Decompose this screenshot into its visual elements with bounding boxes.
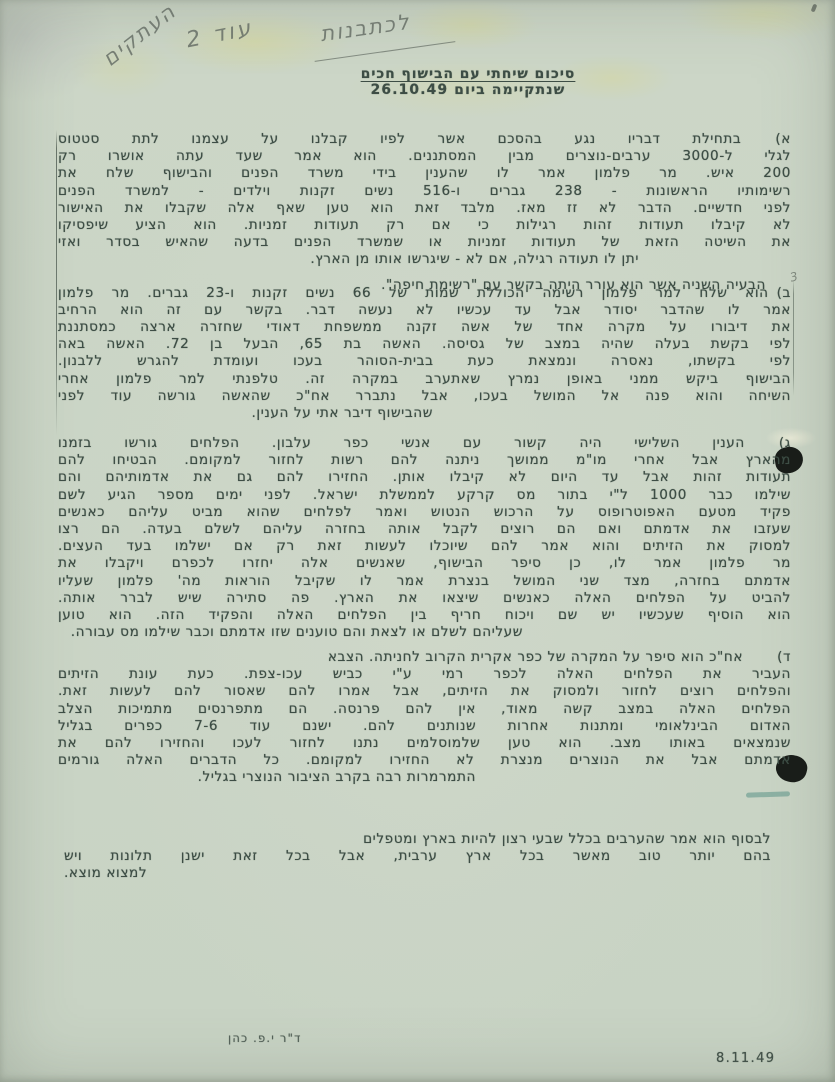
text-line: להביט על הפלחים האלה כאנשים שיצאו את האר…	[58, 590, 791, 607]
scan-fold-line-right	[793, 280, 794, 396]
text-line: שעזבו את אדמתם ואם הם רוצים לקבל אותה בח…	[58, 521, 791, 538]
text-line: בהם יותר טוב מאשר בכל ארץ ערבית, אבל בכל…	[64, 848, 771, 865]
paragraph-bet: הבעיה השניה אשר הוא עורר היתה בקשר עם "ר…	[58, 277, 791, 422]
text-line: לא קיבלו תעודות זהות רגילות כי אם רק תעו…	[58, 217, 791, 234]
ink-smudge	[746, 791, 790, 798]
text-line: את דיבורו על מקרה אחד של אשה זקנה ממשפחת…	[58, 319, 791, 336]
text-line: לפי בקשתו, נאסרה ונמצאת כעת בבית-הסוהר ב…	[58, 353, 791, 370]
signature: ד"ר י.פ. כהן	[228, 1031, 302, 1045]
paragraph-label: ב)	[777, 285, 791, 302]
text-line: לפני חדשיים. הדבר לא זז מאז. מלבד זאת הו…	[58, 200, 791, 217]
footer-date: 8.11.49	[716, 1051, 775, 1066]
text-line: העביר את הפלחים האלה לכפר רמי ע"י כביש ע…	[58, 666, 791, 683]
text-line: השיחה והוא פנה אל המושל בעכו, אבל נתברר …	[58, 388, 791, 405]
text-line: ג) הענין השלישי היה קשור עם אנשי כפר עלב…	[58, 435, 791, 452]
scanned-document-page: לכתבנות עוד 2 העתקים 3 סיכום שיחתי עם הב…	[0, 0, 835, 1082]
text-line: מהארץ אבל אחרי מו"מ ממושך ניתנה להם רשות…	[58, 452, 791, 469]
text-line: אדמתם בחזרה, מצד שני המושל בנצרת אמר לו …	[58, 573, 791, 590]
text-line: למסוק את הזיתים והוא אמר להם שיוכלו לעשו…	[58, 538, 791, 555]
text-line: הפלחים האלה במצב קשה מאוד, אין להם פרנסה…	[58, 701, 791, 718]
title-block: סיכום שיחתי עם הבישוף חכים שנתקיימה ביום…	[332, 66, 604, 98]
text-line: את השיטה הזאת של תעודות זמניות או שמשרד …	[58, 234, 791, 251]
text-line: רשימותיו הראשונות - 238 גברים ו-516 נשים…	[58, 183, 791, 200]
text-line: האדום הבינלאומי ומתנות אחרות שנותנים להם…	[58, 718, 791, 735]
text-line: אמר לו שהדבר יסודר אבל עד עכשיו לא נעשה …	[58, 302, 791, 319]
text-line: יתן לו תעודה רגילה, אם לא - שיגרשו אותו …	[58, 251, 639, 268]
text-line: שעליהם לשלם או לצאת והם טוענים שזו אדמתם…	[58, 624, 523, 641]
text-line: פקיד מטעם האפוטרופוס על הרכוש הנטוש ואמר…	[58, 504, 791, 521]
document-title: סיכום שיחתי עם הבישוף חכים	[332, 66, 604, 82]
paragraph-alef: א) בתחילת דבריו נגע בהסכם אשר לפיו קבלנו…	[58, 131, 791, 269]
text-line: 200 איש. מר פלמון אמר לו שהענין בידי משר…	[58, 165, 791, 182]
text-line: מר פלמון אמר לו, כן סיפר הבישוף, שאנשים …	[58, 555, 791, 572]
text-line: הענין השלישי היה קשור עם אנשי כפר עלבון.…	[58, 435, 745, 452]
text-line: אדמתם אבל את הנוצרים מנצרת לא החזירו למק…	[58, 752, 791, 769]
paragraph-label: ג)	[779, 435, 791, 452]
paragraph-label: ד)	[777, 649, 791, 666]
text-line: שנמצאים באותו מצב. הוא טען שלמוסלמים נתנ…	[58, 735, 791, 752]
text-line: הוא הוסיף שעכשיו יש שם ויכוח חריף בין הפ…	[58, 607, 791, 624]
text-line: התמרמרות רבה בקרב הציבור הנוצרי בגליל.	[58, 769, 476, 786]
text-line: שילמו כבר 1000 ל"י בתור מס קרקע לממשלת י…	[58, 487, 791, 504]
handwritten-note-word3: העתקים	[98, 0, 181, 71]
text-line: למצוא מוצא.	[64, 865, 771, 882]
document-subtitle: שנתקיימה ביום 26.10.49	[332, 82, 604, 98]
text-line: והפלחים רוצים לחזור ולמסוק את הזיתים, אב…	[58, 683, 791, 700]
text-line: הוא שלח למר פלמון רשימה הכוללת שמות של 6…	[58, 285, 769, 302]
text-line: שהבישוף דיבר אתי על הענין.	[58, 405, 433, 422]
closing-paragraph: לבסוף הוא אמר שהערבים בכלל שבעי רצון להי…	[64, 831, 771, 883]
text-line: א) בתחילת דבריו נגע בהסכם אשר לפיו קבלנו…	[58, 131, 791, 148]
text-line: לפי בקשת בעלה שהיה במצב של גסיסה. האשה ב…	[58, 336, 791, 353]
paragraph-label: א)	[775, 131, 791, 148]
text-line: ד) אח"כ הוא סיפר על המקרה של כפר אקרית ה…	[58, 649, 791, 666]
text-line: הבישוף ביקש ממני באופן נמרץ שאתערב במקרה…	[58, 371, 791, 388]
text-line: לבסוף הוא אמר שהערבים בכלל שבעי רצון להי…	[64, 831, 771, 848]
text-line: בתחילת דבריו נגע בהסכם אשר לפיו קבלנו על…	[58, 131, 741, 148]
paragraph-dalet: ד) אח"כ הוא סיפר על המקרה של כפר אקרית ה…	[58, 649, 791, 787]
text-line: אח"כ הוא סיפר על המקרה של כפר אקרית הקרו…	[58, 649, 743, 666]
text-line: לגלי ל-3000 ערבים-נוצרים מבין המסתננים. …	[58, 148, 791, 165]
handwritten-note-word2: עוד 2	[184, 16, 255, 53]
handwritten-note-word1: לכתבנות	[319, 10, 412, 46]
paragraph-gimel: ג) הענין השלישי היה קשור עם אנשי כפר עלב…	[58, 435, 791, 641]
text-line: תעודות זהות אבל עד היום לא קיבלו אותן. ה…	[58, 469, 791, 486]
text-line: ב) הוא שלח למר פלמון רשימה הכוללת שמות ש…	[58, 285, 791, 302]
ink-speck	[811, 4, 818, 13]
